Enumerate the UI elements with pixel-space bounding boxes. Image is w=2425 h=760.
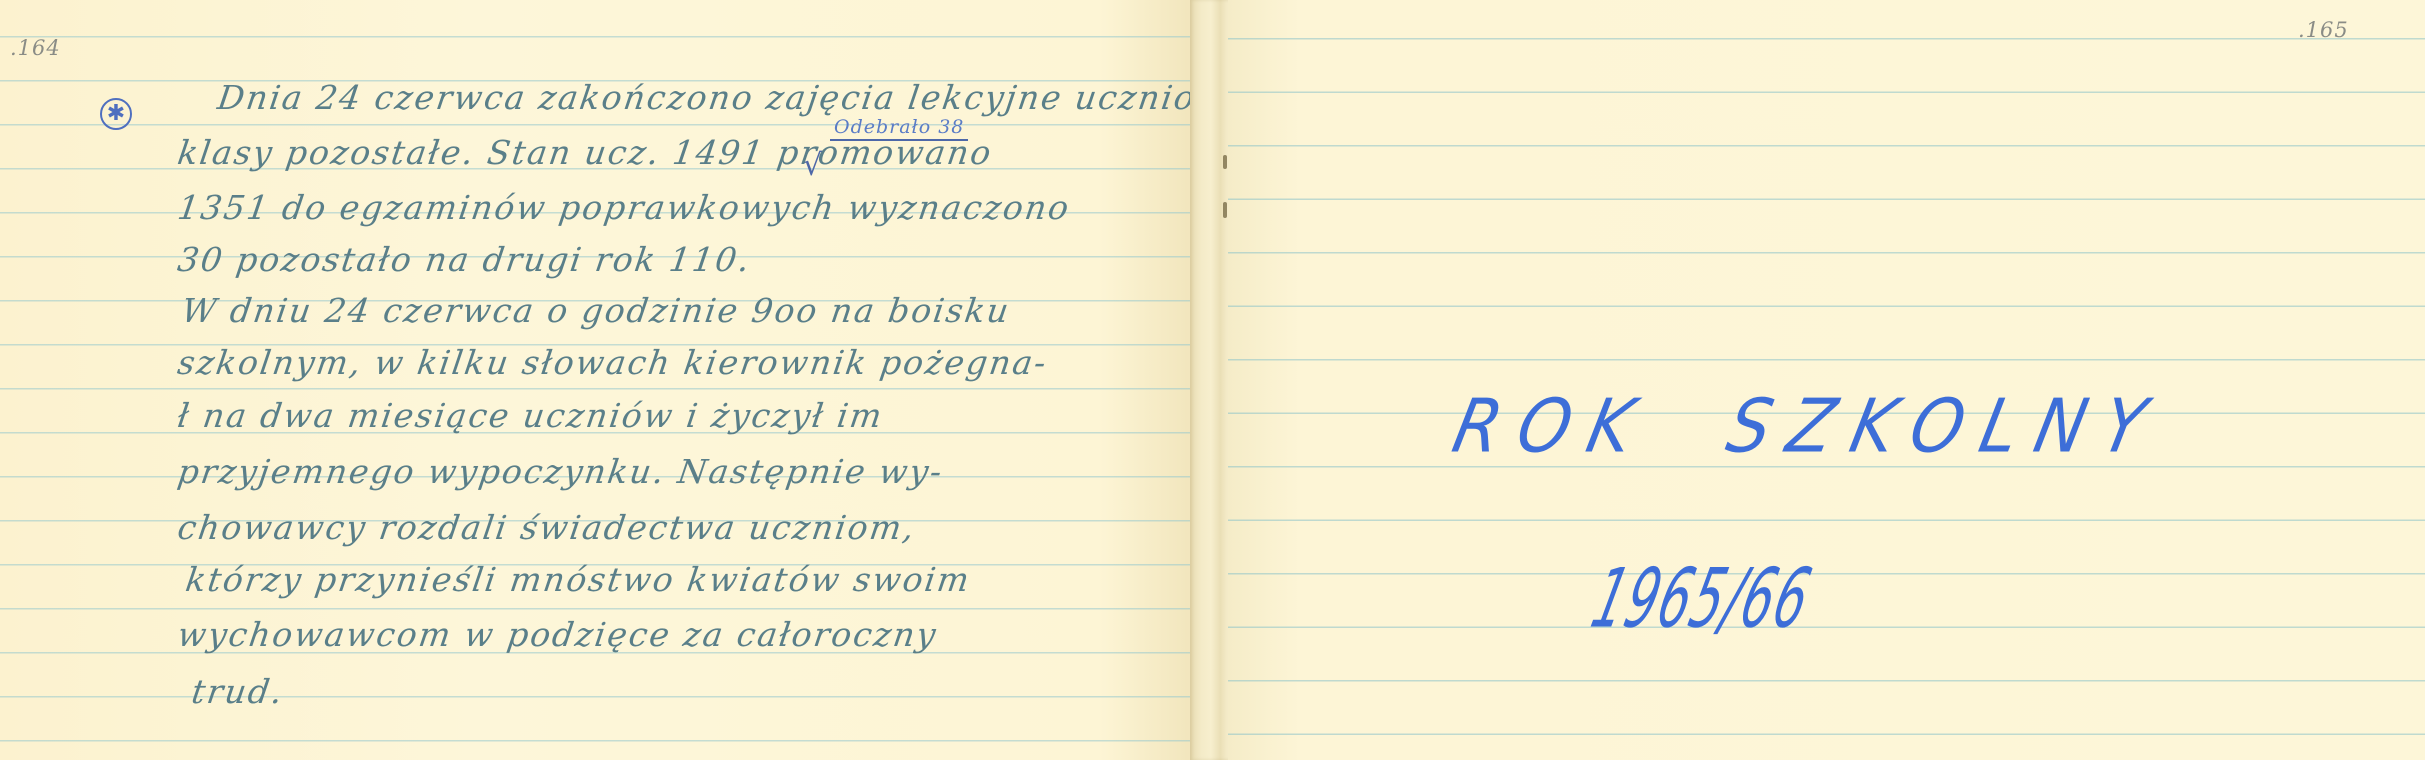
notebook-spread: .164 ✱ Odebrało 38 √ Dnia 24 czerwca zak…: [0, 0, 2425, 760]
text-line-11: wychowawcom w podzięce za całoroczny: [175, 615, 940, 654]
text-line-7: ł na dwa miesiące uczniów i życzył im: [175, 396, 886, 435]
spine-stain: [1223, 155, 1227, 169]
page-number-right: .165: [2298, 18, 2349, 42]
circled-asterisk-icon: ✱: [100, 98, 132, 130]
school-year-heading: ROK SZKOLNY: [1446, 383, 2171, 469]
spine-stain: [1223, 202, 1227, 218]
notebook-spine: [1190, 0, 1228, 760]
school-year-value: 1965/66: [1583, 552, 1820, 647]
text-line-6: szkolnym, w kilku słowach kierownik poże…: [175, 343, 1050, 382]
text-line-4: 30 pozostało na drugi rok 110.: [175, 240, 753, 279]
text-line-12: trud.: [189, 672, 286, 711]
text-line-8: przyjemnego wypoczynku. Następnie wy-: [175, 452, 946, 491]
text-line-5: W dniu 24 czerwca o godzinie 9oo na bois…: [179, 291, 1013, 330]
text-line-1: Dnia 24 czerwca zakończono zajęcia lekcy…: [215, 78, 1263, 117]
page-number-left: .164: [10, 36, 61, 60]
right-page: .165: [1228, 0, 2425, 760]
text-line-2: klasy pozostałe. Stan ucz. 1491 promowan…: [175, 133, 995, 172]
text-line-3: 1351 do egzaminów poprawkowych wyznaczon…: [175, 188, 1073, 227]
text-line-10: którzy przynieśli mnóstwo kwiatów swoim: [183, 560, 973, 599]
left-page: .164 ✱ Odebrało 38 √ Dnia 24 czerwca zak…: [0, 0, 1195, 760]
text-line-9: chowawcy rozdali świadectwa uczniom,: [175, 508, 918, 547]
